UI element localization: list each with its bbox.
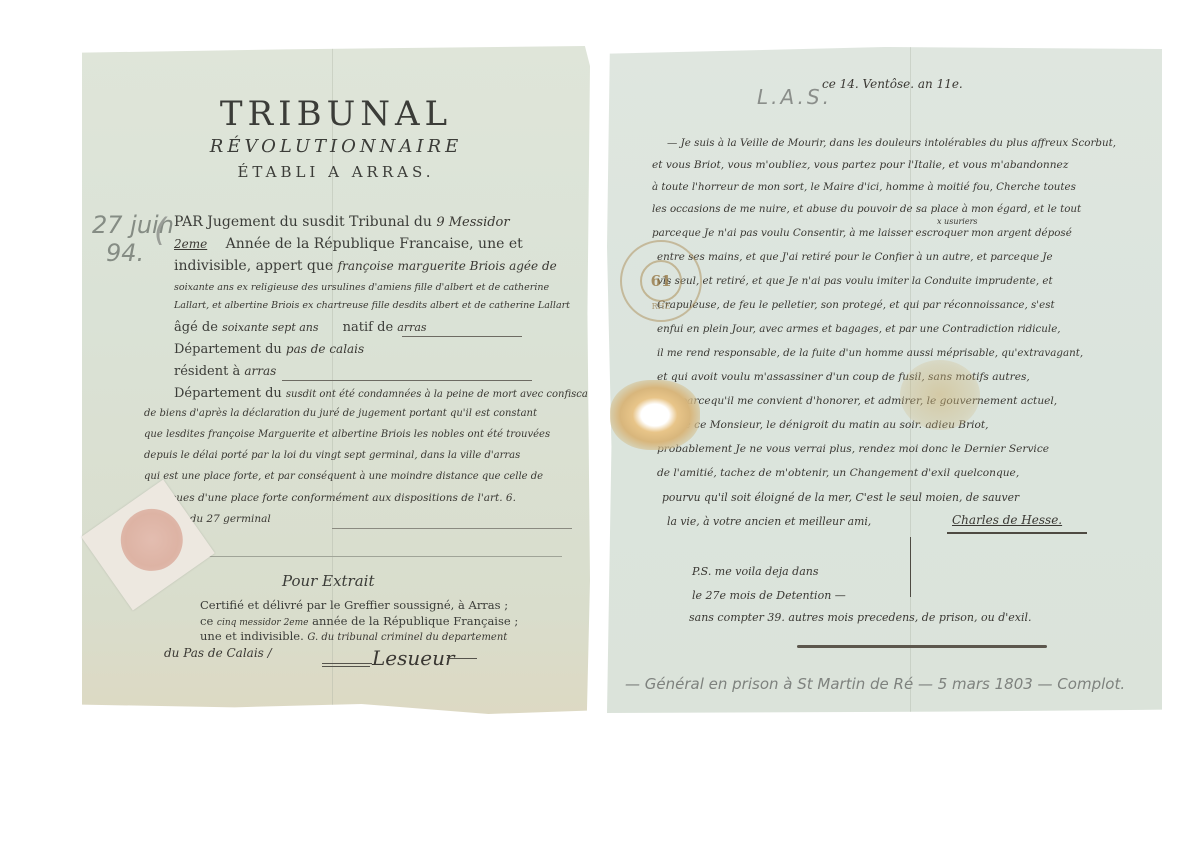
interlinear-insert: x usuriers bbox=[937, 217, 978, 226]
postmark-number: 61 bbox=[640, 260, 682, 302]
letter-line-6: entre ses mains, et que J'ai retiré pour… bbox=[657, 251, 1053, 263]
las-pencil-note: L.A.S. bbox=[757, 85, 832, 109]
sentence-line-3: que lesdites françoise Marguerite et alb… bbox=[144, 429, 550, 440]
year-hand: 2eme bbox=[174, 237, 207, 251]
judgment-date-hand: 9 Messidor bbox=[436, 215, 509, 230]
margin-bracket: ( bbox=[154, 211, 166, 249]
letter-line-16: pourvu qu'il soit éloigné de la mer, C'e… bbox=[662, 491, 1019, 504]
clerk-signature: Lesueur bbox=[372, 646, 455, 670]
resident-label: résident à bbox=[174, 364, 240, 379]
sentence-line-6: dix lieues d'une place forte conformémen… bbox=[144, 492, 516, 504]
letter-line-2: et vous Briot, vous m'oubliez, vous part… bbox=[652, 159, 1068, 171]
resident-field: résident à arras bbox=[174, 364, 276, 379]
letter-line-12: que parcequ'il me convient d'honorer, et… bbox=[657, 395, 1057, 407]
age-label: âgé de bbox=[174, 320, 218, 335]
letter-date: ce 14. Ventôse. an 11e. bbox=[822, 77, 963, 91]
tribunal-judgment-document: 27 juin 94. ( TRIBUNAL RÉVOLUTIONNAIRE É… bbox=[82, 46, 590, 714]
sentence-line-2: de biens d'après la déclaration du juré … bbox=[144, 408, 537, 419]
native-value: arras bbox=[397, 321, 426, 334]
letter-line-14: probablement Je ne vous verrai plus, ren… bbox=[657, 443, 1049, 455]
extract-line-3: une et indivisible. G. du tribunal crimi… bbox=[200, 629, 507, 643]
department-label-1: Département du bbox=[174, 342, 282, 357]
department-label-2: Département du bbox=[174, 386, 282, 401]
appert-text: indivisible, appert que bbox=[174, 258, 333, 274]
postmark-stamp-icon: 61 RHE bbox=[620, 240, 702, 322]
department-value-1: pas de calais bbox=[286, 342, 364, 356]
resident-value: arras bbox=[244, 364, 276, 378]
letter-line-9: enfui en plein Jour, avec armes et bagag… bbox=[657, 323, 1061, 335]
judgment-intro-text: PAR Jugement du susdit Tribunal du bbox=[174, 214, 432, 230]
judgment-line-2: 2eme Année de la République Francaise, u… bbox=[174, 236, 523, 252]
pencil-footer-note: — Général en prison à St Martin de Ré — … bbox=[625, 675, 1125, 693]
extract-tribunal-hand: G. du tribunal criminel du departement bbox=[307, 632, 507, 643]
native-label: natif de bbox=[343, 320, 393, 335]
extract-year-text: année de la République Française ; bbox=[312, 614, 518, 628]
sentence-line-5: qui est une place forte, et par conséque… bbox=[144, 471, 543, 482]
age-field: âgé de soixante sept ans natif de arras bbox=[174, 320, 427, 335]
postmark-text: RHE bbox=[622, 302, 700, 311]
accused-detail-line-1: soixante ans ex religieuse des ursulines… bbox=[174, 282, 549, 293]
extract-heading: Pour Extrait bbox=[282, 572, 375, 590]
postscript-line-1: P.S. me voila deja dans bbox=[692, 565, 819, 578]
letter-line-3: à toute l'horreur de mon sort, le Maire … bbox=[652, 181, 1076, 193]
age-value: soixante sept ans bbox=[222, 321, 318, 334]
accused-detail-line-2: Lallart, et albertine Briois ex chartreu… bbox=[174, 300, 570, 311]
letter-line-17: la vie, à votre ancien et meilleur ami, bbox=[667, 515, 871, 528]
letter-line-4: les occasions de me nuire, et abuse du p… bbox=[652, 203, 1081, 215]
letter-line-10: il me rend responsable, de la fuite d'un… bbox=[657, 347, 1083, 359]
letter-line-15: de l'amitié, tachez de m'obtenir, un Cha… bbox=[657, 467, 1019, 479]
postscript-line-3: sans compter 39. autres mois precedens, … bbox=[689, 611, 1032, 624]
extract-line-4: du Pas de Calais / bbox=[164, 646, 272, 660]
letter-line-5: parceque Je n'ai pas voulu Consentir, à … bbox=[652, 227, 1072, 239]
department-field-1: Département du pas de calais bbox=[174, 342, 364, 357]
republic-year-text: Année de la République Francaise, une et bbox=[226, 236, 523, 252]
extract-ce: ce bbox=[200, 614, 213, 628]
extract-date-hand: cinq messidor 2eme bbox=[217, 618, 309, 628]
accused-name-hand: françoise marguerite Briois agée de bbox=[338, 259, 557, 273]
letter-signature: Charles de Hesse. bbox=[952, 513, 1062, 527]
de-hesse-letter: L.A.S. ce 14. Ventôse. an 11e. — Je suis… bbox=[607, 47, 1162, 713]
water-stain-hole bbox=[610, 380, 700, 450]
extract-indivisible: une et indivisible. bbox=[200, 629, 304, 643]
department-field-2: Département du susdit ont été condamnées… bbox=[174, 386, 608, 401]
sentence-line-1: susdit ont été condamnées à la peine de … bbox=[286, 389, 608, 400]
judgment-intro: PAR Jugement du susdit Tribunal du 9 Mes… bbox=[174, 214, 510, 230]
letter-line-1: — Je suis à la Veille de Mourir, dans le… bbox=[667, 137, 1116, 149]
tribunal-subtitle: RÉVOLUTIONNAIRE bbox=[82, 136, 590, 157]
extract-line-1: Certifié et délivré par le Greffier sous… bbox=[200, 598, 508, 612]
wax-seal-icon bbox=[109, 497, 195, 583]
letter-line-8: Crapuleuse, de feu le pelletier, son pro… bbox=[657, 299, 1055, 311]
water-stain bbox=[900, 360, 980, 430]
sentence-line-4: depuis le délai porté par la loi du ving… bbox=[144, 450, 520, 461]
postscript-line-2: le 27e mois de Detention — bbox=[692, 589, 846, 602]
tribunal-location: ÉTABLI A ARRAS. bbox=[82, 163, 590, 181]
judgment-line-3: indivisible, appert que françoise margue… bbox=[174, 258, 557, 274]
letter-line-7: vis seul, et retiré, et que Je n'ai pas … bbox=[657, 275, 1053, 287]
tribunal-title: TRIBUNAL bbox=[82, 94, 590, 134]
extract-line-2: ce cinq messidor 2eme année de la Républ… bbox=[200, 614, 518, 628]
